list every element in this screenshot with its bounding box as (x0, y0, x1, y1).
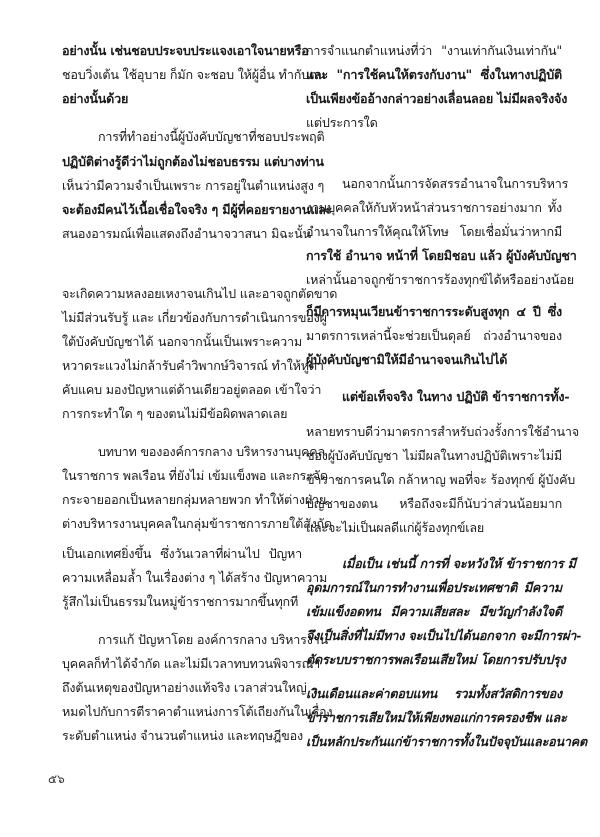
text-line: มาตรการเหล่านี้จะช่วยเป็นดุลย์ ถ่วงอำนาจ… (306, 328, 562, 344)
text-line: บุคคลก็ทำได้จำกัด และไม่มีเวลาทบทวนพิจาร… (62, 656, 302, 672)
text-line: บัญชาของตน หรือถึงจะมีก็นับว่าส่วนน้อยมา… (306, 496, 562, 512)
text-line: การที่ทำอย่างนี้ผู้บังคับบัญชาที่ชอบประพ… (62, 129, 302, 145)
text-line: การจำแนกตำแหน่งที่ว่า "งานเท่ากันเงินเท่… (306, 43, 562, 59)
text-line: จะต้องมีคนไว้เนื้อเชื่อใจจริง ๆ มีผู้ที่… (62, 202, 302, 218)
text-line: เข้มแข็งอดทน มีความเสียสละ มีขวัญกำลังใจ… (306, 604, 562, 620)
text-line: อำนาจในการให้คุณให้โทษ โดยเชื่อมั่นว่าหา… (306, 224, 562, 240)
text-line: และจะไม่เป็นผลดีแก่ผู้ร้องทุกข์เลย (306, 520, 562, 536)
text-line: เป็นหลักประกันแก่ข้าราชการทั้งในปัจจุบัน… (306, 734, 562, 750)
text-line: กระจายออกเป็นหลายกลุ่มหลายพวก ทำให้ต่างฝ… (62, 492, 302, 508)
text-line: ใต้บังคับบัญชาได้ นอกจากนั้นเป็นเพราะควา… (62, 334, 302, 350)
text-line: ผู้บังคับบัญชามิให้มีอำนาจจนเกินไปได้ (306, 352, 562, 368)
text-line: แต่ประการใด (306, 115, 562, 131)
text-line: เงินเดือนและค่าตอบแทน รวมทั้งสวัสดิการขอ… (306, 686, 562, 702)
page-number: ๕๖ (48, 770, 65, 789)
text-line: สนองอารมณ์เพื่อแสดงถึงอำนาจวาสนา มิฉะนั้… (62, 226, 302, 242)
text-line: ถึงต้นเหตุของปัญหาอย่างแท้จริง เวลาส่วนใ… (62, 680, 302, 696)
text-line: จะเกิดความหลงอยเหงาจนเกินไป และอาจถูกตัด… (62, 286, 302, 302)
text-line: ของผู้บังคับบัญชา ไม่มีผลในทางปฏิบัติเพร… (306, 448, 562, 464)
text-line: งานบุคคลให้กับหัวหน้าส่วนราชการอย่างมาก … (306, 200, 562, 216)
text-line: การใช้ อำนาจ หน้าที่ โดยมิชอบ แล้ว ผู้บั… (306, 248, 562, 264)
text-line: ความเหลื่อมล้ำ ในเรื่องต่าง ๆ ได้สร้าง ป… (62, 570, 302, 586)
text-line: ข้าราชการเสียใหม่ให้เพียงพอแก่การครองชีพ… (306, 710, 562, 726)
text-line: ต่างบริหารงานบุคคลในกลุ่มข้าราชการภายใต้… (62, 516, 302, 532)
text-line: ในราชการ พลเรือน ที่ยังไม่ เข้มแข็งพอ แล… (62, 468, 302, 484)
text-line: ชอบวิ่งเต้น ใช้อุบาย ก็มัก จะชอบ ให้ผู้อ… (62, 67, 302, 83)
text-line: เห็นว่ามีความจำเป็นเพราะ การอยู่ในตำแหน่… (62, 178, 302, 194)
text-line: และ "การใช้คนให้ตรงกับงาน" ซึ่งในทางปฏิบ… (306, 67, 562, 83)
text-line: อย่างนั้น เช่นชอบประจบประแจงเอาใจนายหรือ (62, 43, 302, 59)
text-line: หลายทราบดีว่ามาตรการสำหรับถ่วงรั้งการใช้… (306, 424, 562, 440)
text-line: บทบาท ขององค์การกลาง บริหารงานบุคคล (62, 444, 302, 460)
text-line: ข้าราชการคนใด กล้าหาญ พอที่จะ ร้องทุกข์ … (306, 472, 562, 488)
text-line: เป็นเพียงข้ออ้างกล่าวอย่างเลื่อนลอย ไม่ม… (306, 91, 562, 107)
text-line: รู้สึกไม่เป็นธรรมในหมู่ข้าราชการมากขึ้นท… (62, 594, 302, 610)
text-line: การแก้ ปัญหาโดย องค์การกลาง บริหารงาน (62, 632, 302, 648)
text-line: ไม่มีส่วนรับรู้ และ เกี่ยวข้องกับการดำเน… (62, 310, 302, 326)
text-line: หมดไปกับการตีราคาตำแหน่งการโต้เถียงกันใน… (62, 704, 302, 720)
text-line: การกระทำใด ๆ ของตนไม่มีข้อผิดพลาดเลย (62, 406, 302, 422)
text-line: เมื่อเป็น เช่นนี้ การที่ จะหวังให้ ข้ารา… (306, 556, 562, 572)
text-line: ปฏิบัติต่างรู้ดีว่าไม่ถูกต้องไม่ชอบธรรม … (62, 154, 302, 170)
text-line: หวาดระแวงไม่กล้ารับคำวิพากษ์วิจารณ์ ทำให… (62, 358, 302, 374)
text-line: จึงเป็นสิ่งที่ไม่มีทาง จะเป็นไปได้นอกจาก… (306, 628, 562, 644)
text-line: นอกจากนั้นการจัดสรรอำนาจในการบริหาร (306, 176, 562, 192)
text-line: ก็มีการหมุนเวียนข้าราชการระดับสูงทุก ๔ ป… (306, 304, 562, 320)
text-line: ระดับตำแหน่ง จำนวนตำแหน่ง และทฤษฎีของ (62, 728, 302, 744)
text-line: อุดมการณ์ในการทำงานเพื่อประเทศชาติ มีควา… (306, 580, 562, 596)
text-line: เป็นเอกเทศยิ่งขึ้น ซึ่งวันเวลาที่ผ่านไป … (62, 546, 302, 562)
text-line: คับแคบ มองปัญหาแต่ด้านเดียวอยู่ตลอด เข้า… (62, 382, 302, 398)
text-line: แต่ข้อเท็จจริง ในทาง ปฏิบัติ ข้าราชการทั… (306, 389, 562, 405)
text-line: ตัดระบบราชการพลเรือนเสียใหม่ โดยการปรับป… (306, 652, 562, 668)
text-line: เหล่านั้นอาจถูกข้าราชการร้องทุกข์ได้หรือ… (306, 272, 562, 288)
text-line: อย่างนั้นด้วย (62, 91, 302, 107)
